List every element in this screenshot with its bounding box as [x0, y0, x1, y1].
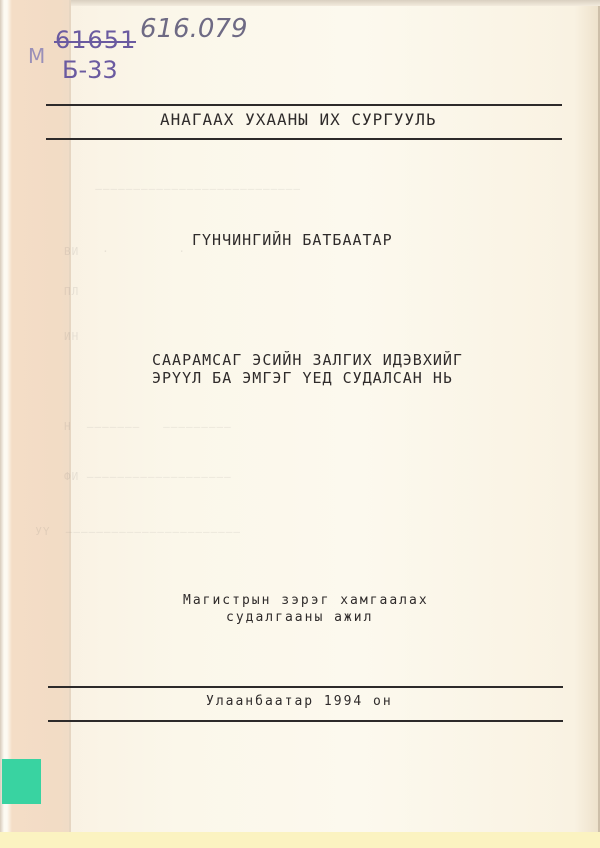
bleed-through-text: Н ——————— ————————— [64, 420, 232, 433]
thesis-title-line-2: ЭРҮҮЛ БА ЭМГЭГ ҮЕД СУДАЛСАН НЬ [152, 369, 453, 387]
author-name: ГҮНЧИНГИЙН БАТБААТАР [192, 231, 393, 249]
bleed-through-text: ИН [64, 330, 79, 343]
handwritten-call-number: Б-33 [62, 56, 118, 84]
header-top-rule [46, 104, 562, 106]
bleed-through-text: ПЛ [64, 285, 79, 298]
bleed-through-text: ——————————————————————————— [80, 182, 301, 195]
handwritten-classification-code: 616.079 [140, 14, 248, 44]
footer-bottom-rule [48, 720, 563, 722]
place-year: Улаанбаатар 1994 он [206, 694, 393, 709]
page-top-edge [0, 0, 600, 6]
bleed-through-text: ВИ · · [64, 245, 186, 258]
degree-line-1: Магистрын зэрэг хамгаалах [183, 593, 429, 608]
bleed-through-text: УҮ ——————————————————————— [20, 525, 241, 538]
scan-bottom-band [0, 832, 600, 848]
handwritten-struck-code: 61651 [55, 26, 136, 54]
handwritten-shelf-letter: М [28, 44, 45, 68]
header-bottom-rule [46, 138, 562, 140]
library-sticker [2, 759, 41, 804]
institution-name: АНАГААХ УХААНЫ ИХ СУРГУУЛЬ [160, 110, 436, 129]
footer-top-rule [48, 686, 563, 688]
spine-edge [69, 0, 71, 832]
bleed-through-text: ФИ ——————————————————— [64, 470, 232, 483]
degree-line-2: судалгааны ажил [226, 610, 373, 625]
strikethrough-line [54, 41, 136, 43]
binding-spine [0, 0, 70, 832]
thesis-title-line-1: СААРАМСАГ ЭСИЙН ЗАЛГИХ ИДЭВХИЙГ [152, 351, 463, 369]
